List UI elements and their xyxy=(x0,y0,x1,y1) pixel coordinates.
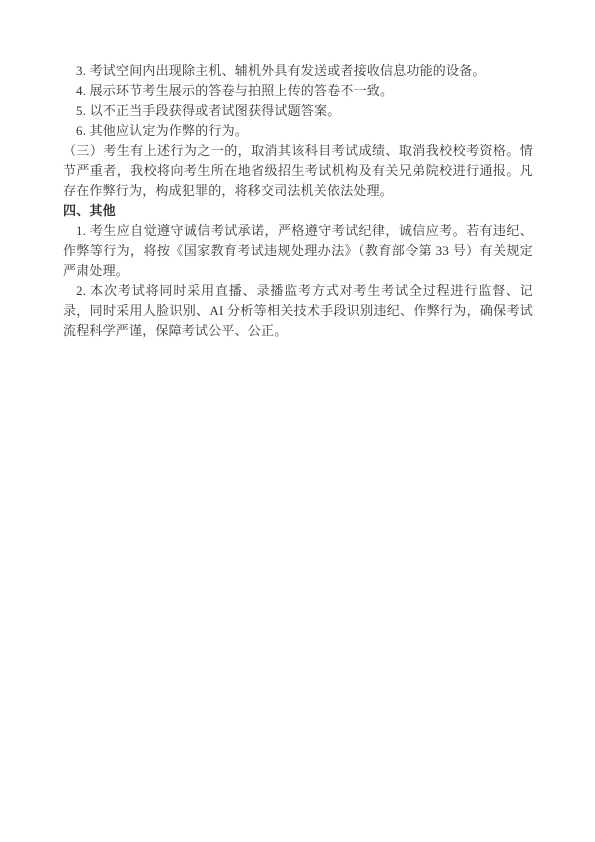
other-item-2: 2. 本次考试将同时采用直播、录播监考方式对考生考试全过程进行监督、记录，同时采… xyxy=(63,281,533,341)
list-item-3: 3. 考试空间内出现除主机、辅机外具有发送或者接收信息功能的设备。 xyxy=(63,61,533,81)
document-page: 3. 考试空间内出现除主机、辅机外具有发送或者接收信息功能的设备。 4. 展示环… xyxy=(0,0,595,842)
list-item-4: 4. 展示环节考生展示的答卷与拍照上传的答卷不一致。 xyxy=(63,81,533,101)
other-item-1: 1. 考生应自觉遵守诚信考试承诺，严格遵守考试纪律，诚信应考。若有违纪、作弊等行… xyxy=(63,221,533,281)
penalty-paragraph: （三）考生有上述行为之一的，取消其该科目考试成绩、取消我校校考资格。情节严重者，… xyxy=(63,141,533,201)
list-item-6: 6. 其他应认定为作弊的行为。 xyxy=(63,121,533,141)
document-body: 3. 考试空间内出现除主机、辅机外具有发送或者接收信息功能的设备。 4. 展示环… xyxy=(63,61,533,341)
list-item-5: 5. 以不正当手段获得或者试图获得试题答案。 xyxy=(63,101,533,121)
section-heading-other: 四、其他 xyxy=(63,201,533,221)
